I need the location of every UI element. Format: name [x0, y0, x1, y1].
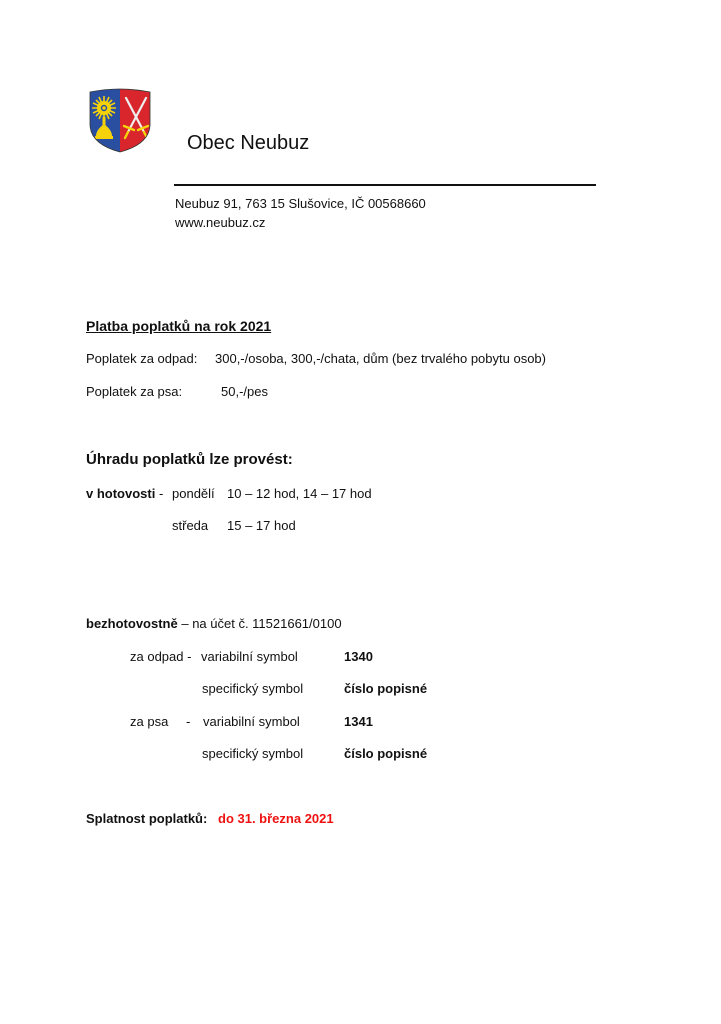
- fee-dog-value: 50,-/pes: [221, 384, 268, 400]
- due-date-label: Splatnost poplatků:: [86, 811, 207, 827]
- organization-website: www.neubuz.cz: [175, 215, 265, 231]
- bank-account: – na účet č. 11521661/0100: [178, 616, 342, 631]
- organization-name: Obec Neubuz: [187, 131, 309, 155]
- cash-hours-day: pondělí: [172, 486, 215, 502]
- cash-label-text: v hotovosti: [86, 486, 155, 501]
- organization-address: Neubuz 91, 763 15 Slušovice, IČ 00568660: [175, 196, 426, 212]
- fee-waste-value: 300,-/osoba, 300,-/chata, dům (bez trval…: [215, 351, 546, 367]
- symbol-category: za odpad -: [130, 649, 191, 665]
- symbol-category-dash: -: [186, 714, 190, 730]
- coat-of-arms-icon: [86, 86, 154, 154]
- due-date-value: do 31. března 2021: [218, 811, 334, 827]
- symbol-value: číslo popisné: [344, 746, 427, 762]
- bank-transfer-line: bezhotovostně – na účet č. 11521661/0100: [86, 616, 342, 632]
- symbol-value: 1340: [344, 649, 373, 665]
- cash-payment-label: v hotovosti -: [86, 486, 163, 502]
- symbol-type: variabilní symbol: [201, 649, 298, 665]
- cash-hours-day: středa: [172, 518, 208, 534]
- symbol-value: 1341: [344, 714, 373, 730]
- cash-hours-time: 10 – 12 hod, 14 – 17 hod: [227, 486, 372, 502]
- cash-label-separator: -: [155, 486, 163, 501]
- bank-label: bezhotovostně: [86, 616, 178, 631]
- header-divider: [174, 184, 596, 186]
- symbol-type: variabilní symbol: [203, 714, 300, 730]
- fees-section-title: Platba poplatků na rok 2021: [86, 318, 271, 334]
- fee-dog-label: Poplatek za psa:: [86, 384, 182, 400]
- payment-section-title: Úhradu poplatků lze provést:: [86, 451, 293, 468]
- cash-hours-time: 15 – 17 hod: [227, 518, 296, 534]
- fee-waste-label: Poplatek za odpad:: [86, 351, 197, 367]
- symbol-type: specifický symbol: [202, 746, 303, 762]
- symbol-type: specifický symbol: [202, 681, 303, 697]
- symbol-value: číslo popisné: [344, 681, 427, 697]
- symbol-category: za psa: [130, 714, 168, 730]
